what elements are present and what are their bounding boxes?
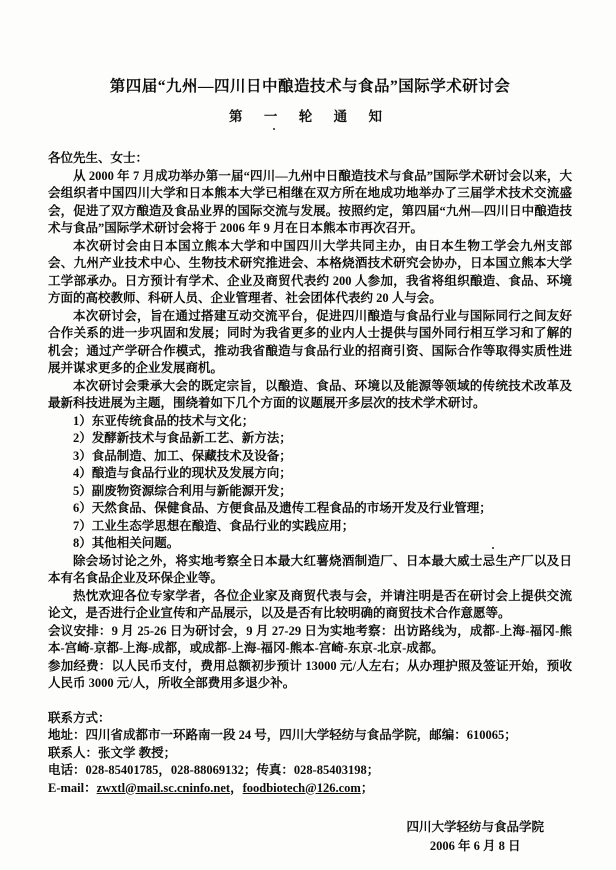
- schedule-text: 9 月 25-26 日为研讨会，9 月 27-29 日为实地考察：出访路线为，成…: [48, 624, 572, 656]
- paragraph-history: 从 2000 年 7 月成功举办第一届“四川—九州中日酿造技术与食品”国际学术研…: [48, 168, 572, 238]
- contact-email-line: E-mail：zwxtl@mail.sc.cninfo.net，foodbiot…: [48, 780, 572, 798]
- signature-date: 2006 年 6 月 8 日: [406, 837, 544, 856]
- signature-block: 四川大学轻纺与食品学院 2006 年 6 月 8 日: [406, 818, 544, 856]
- phone-label: 电话：: [48, 763, 86, 777]
- email-address-2: foodbiotech@126.com: [243, 781, 361, 795]
- topic-item-4: 4）酿造与食品行业的现状及发展方向；: [73, 465, 572, 483]
- schedule-label: 会议安排：: [48, 624, 112, 638]
- paragraph-purpose: 本次研讨会，旨在通过搭建互动交流平台，促进四川酿造与食品行业与国际同行之间友好合…: [48, 308, 572, 378]
- fee-line: 参加经费：以人民币支付，费用总额初步预计 13000 元/人左右；从办理护照及签…: [48, 658, 572, 693]
- topic-item-2: 2）发酵新技术与食品新工艺、新方法；: [73, 430, 572, 448]
- document-title: 第四届“九州—四川日中酿造技术与食品”国际学术研讨会: [48, 74, 572, 96]
- schedule-line: 会议安排：9 月 25-26 日为研讨会，9 月 27-29 日为实地考察：出访…: [48, 623, 572, 658]
- phone-value: 028-85401785，028-88069132；传真：028-8540319…: [86, 763, 380, 777]
- signature-organization: 四川大学轻纺与食品学院: [406, 818, 544, 837]
- contact-heading: 联系方式：: [48, 710, 572, 728]
- topic-item-5: 5）副废物资源综合利用与新能源开发；: [73, 483, 572, 501]
- contact-phone-line: 电话：028-85401785，028-88069132；传真：028-8540…: [48, 762, 572, 780]
- paragraph-visits: 除会场讨论之外，将实地考察全日本最大红薯烧酒制造厂、日本最大威士忌生产厂以及日本…: [48, 553, 572, 588]
- topic-item-1: 1）东亚传统食品的技术与文化；: [73, 413, 572, 431]
- address-label: 地址：: [48, 728, 86, 742]
- document-body: 各位先生、女士： 从 2000 年 7 月成功举办第一届“四川—九州中日酿造技术…: [48, 150, 572, 797]
- fee-text: 以人民币支付，费用总额初步预计 13000 元/人左右；从办理护照及签证开始，预…: [48, 659, 572, 691]
- document-subtitle: 第 一 轮 通 知: [48, 105, 572, 125]
- paragraph-theme: 本次研讨会秉承大会的既定宗旨，以酿造、食品、环境以及能源等领域的传统技术改革及最…: [48, 378, 572, 413]
- contact-section: 联系方式： 地址：四川省成都市一环路南一段 24 号，四川大学轻纺与食品学院，邮…: [48, 710, 572, 798]
- email-line-end: ；: [361, 781, 374, 795]
- address-value: 四川省成都市一环路南一段 24 号，四川大学轻纺与食品学院，邮编：610065；: [86, 728, 517, 742]
- salutation: 各位先生、女士：: [48, 150, 572, 168]
- person-label: 联系人：: [48, 746, 98, 760]
- topic-item-7: 7）工业生态学思想在酿造、食品行业的实践应用；: [73, 518, 572, 536]
- paragraph-welcome: 热忱欢迎各位专家学者，各位企业家及商贸代表与会，并请注明是否在研讨会上提供交流论…: [48, 588, 572, 623]
- contact-person-line: 联系人：张文学 教授；: [48, 745, 572, 763]
- topic-item-8: 8）其他相关问题。: [73, 535, 572, 553]
- contact-address-line: 地址：四川省成都市一环路南一段 24 号，四川大学轻纺与食品学院，邮编：6100…: [48, 727, 572, 745]
- paragraph-organizers: 本次研讨会由日本国立熊本大学和中国四川大学共同主办，由日本生物工学会九州支部会、…: [48, 238, 572, 308]
- email-label: E-mail：: [48, 781, 97, 795]
- topic-item-3: 3）食品制造、加工、保藏技术及设备；: [73, 448, 572, 466]
- email-separator: ，: [230, 781, 243, 795]
- document-content: 第四届“九州—四川日中酿造技术与食品”国际学术研讨会 第 一 轮 通 知 各位先…: [48, 74, 572, 856]
- fee-label: 参加经费：: [48, 659, 112, 673]
- scanned-document-page: 第四届“九州—四川日中酿造技术与食品”国际学术研讨会 第 一 轮 通 知 各位先…: [0, 0, 616, 870]
- email-address-1: zwxtl@mail.sc.cninfo.net: [97, 781, 230, 795]
- topic-item-6: 6）天然食品、保健食品、方便食品及遗传工程食品的市场开发及行业管理；: [73, 500, 572, 518]
- topic-list: 1）东亚传统食品的技术与文化； 2）发酵新技术与食品新工艺、新方法； 3）食品制…: [48, 413, 572, 553]
- person-value: 张文学 教授；: [98, 746, 176, 760]
